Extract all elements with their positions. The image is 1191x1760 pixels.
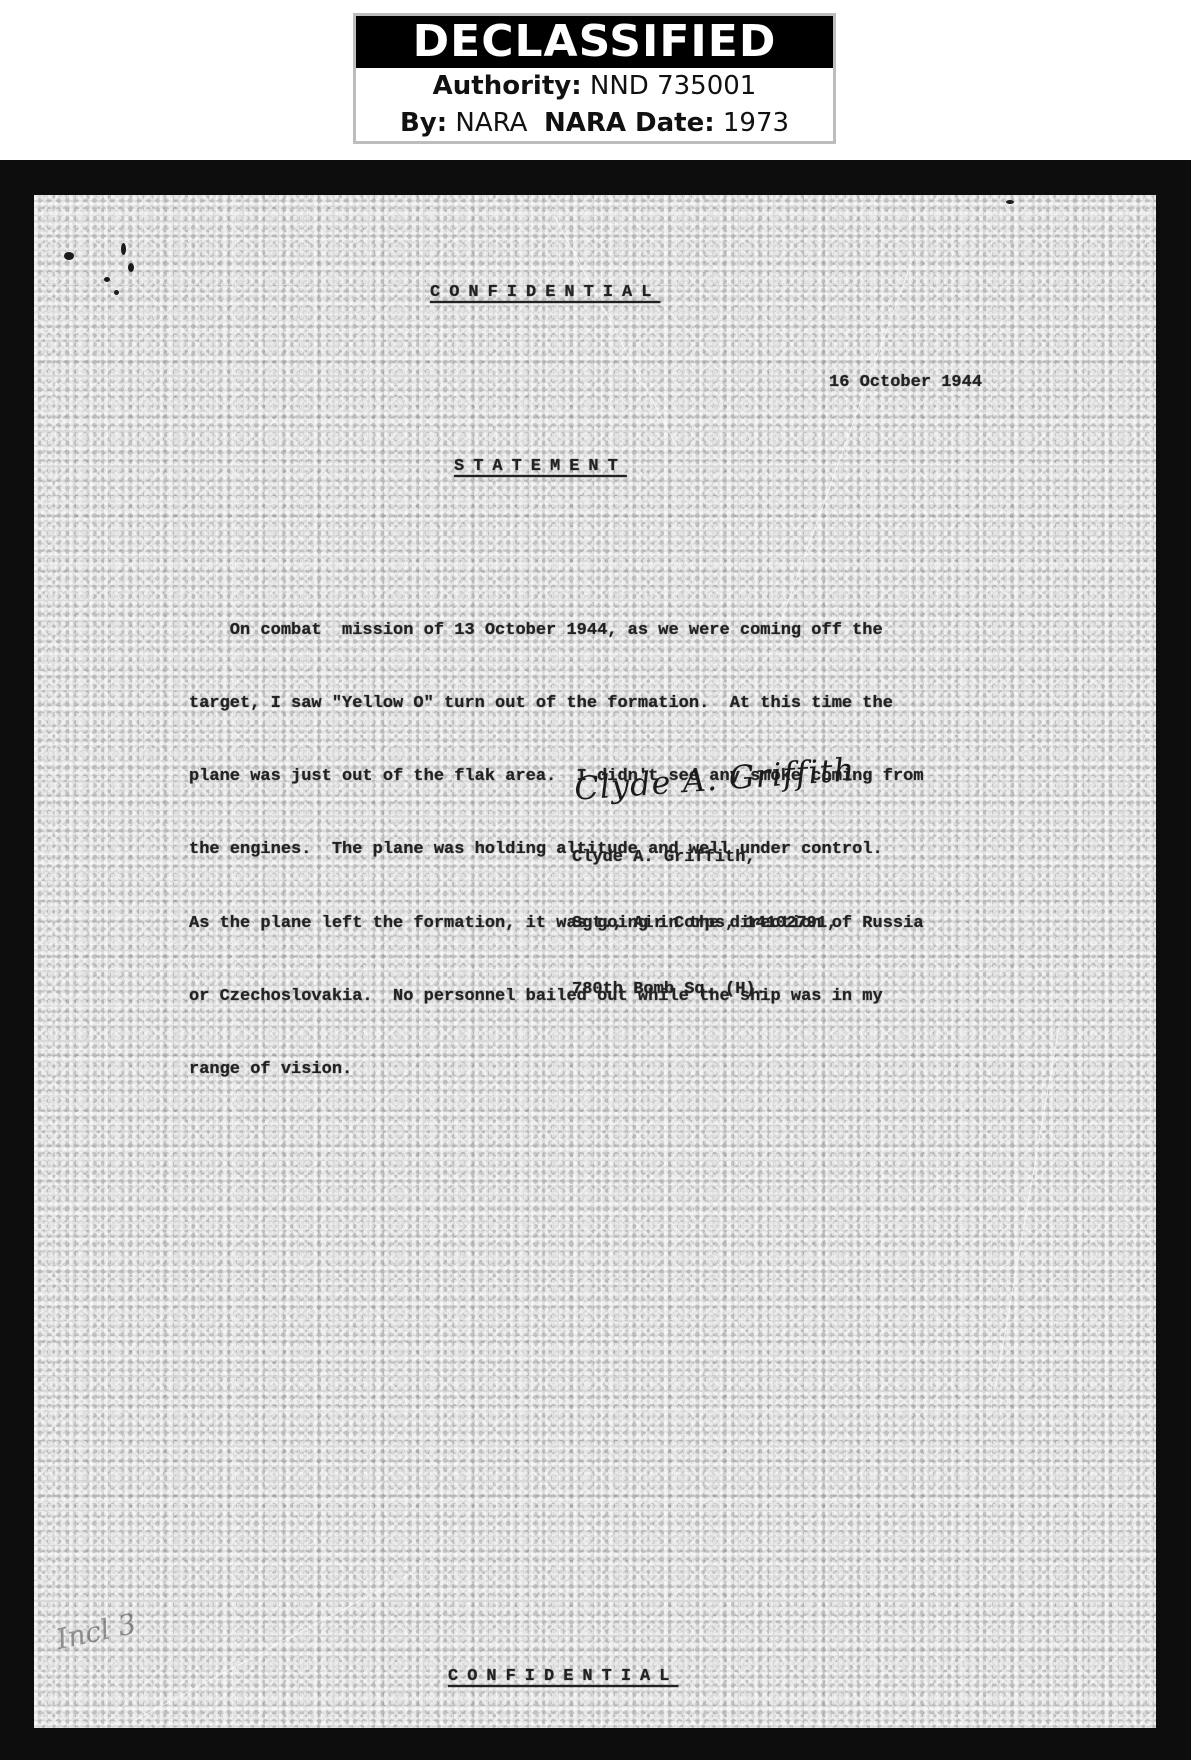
- ink-speck: [121, 243, 126, 255]
- document-date: 16 October 1944: [829, 373, 982, 392]
- signature-block: Clyde A. Griffith, Sgt., Air Corps, 1410…: [572, 803, 837, 1045]
- stamp-by-value: NARA: [455, 108, 527, 138]
- stamp-date-value: 1973: [723, 108, 789, 138]
- stamp-authority-line: Authority: NND 735001: [356, 68, 833, 105]
- ink-speck: [128, 263, 134, 272]
- stamp-title: DECLASSIFIED: [356, 16, 833, 68]
- body-line: range of vision.: [189, 1058, 924, 1082]
- stamp-authority-value: NND 735001: [590, 71, 756, 101]
- scanned-page-frame: CONFIDENTIAL 16 October 1944 STATEMENT O…: [0, 160, 1191, 1760]
- signer-unit: 780th Bomb Sq. (H).: [572, 979, 837, 1001]
- scratch-mark: [554, 215, 677, 445]
- margin-note: Incl 3: [53, 1607, 139, 1656]
- stamp-authority-label: Authority:: [433, 71, 582, 101]
- document-title: STATEMENT: [454, 457, 627, 476]
- scratch-mark: [994, 1021, 1061, 1395]
- classification-footer: CONFIDENTIAL: [448, 1667, 678, 1686]
- classification-header: CONFIDENTIAL: [430, 283, 660, 302]
- ink-speck: [104, 277, 110, 282]
- signer-name: Clyde A. Griffith,: [572, 847, 837, 869]
- body-line: target, I saw "Yellow O" turn out of the…: [189, 692, 924, 716]
- document-page: CONFIDENTIAL 16 October 1944 STATEMENT O…: [34, 195, 1156, 1728]
- ink-speck: [114, 290, 119, 295]
- stamp-by-line: By: NARA NARA Date: 1973: [356, 105, 833, 142]
- stamp-by-label: By:: [400, 108, 447, 138]
- declassification-stamp: DECLASSIFIED Authority: NND 735001 By: N…: [353, 13, 836, 144]
- ink-speck: [1006, 200, 1014, 204]
- signer-rank-serial: Sgt., Air Corps, 14102791,: [572, 913, 837, 935]
- stamp-date-label: NARA Date:: [544, 108, 715, 138]
- scratch-mark: [134, 1570, 417, 1721]
- body-line: On combat mission of 13 October 1944, as…: [189, 619, 924, 643]
- ink-speck: [64, 252, 74, 260]
